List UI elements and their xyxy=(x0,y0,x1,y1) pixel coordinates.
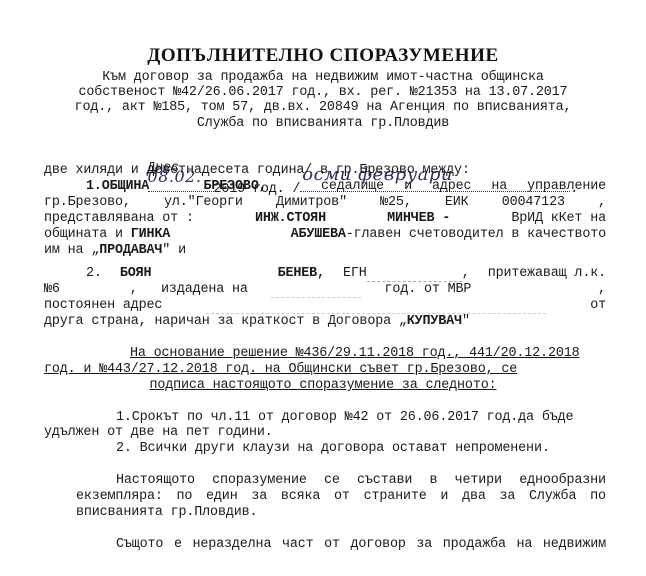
copies-line-2: екземпляра:поединзавсякаотстранитеидваза… xyxy=(76,489,606,504)
clause-2: 2. Всички други клаузи на договора остав… xyxy=(116,441,550,456)
rep1-role: ВрИД кКет на xyxy=(511,211,606,226)
document-title: ДОПЪЛНИТЕЛНО СПОРАЗУМЕНИЕ xyxy=(0,45,646,67)
subtitle-line-2: собственост №42/26.06.2017 год., вх. рег… xyxy=(0,85,646,100)
party1-line-2: гр.Брезово,ул."ГеоргиДимитров"№25,ЕИК000… xyxy=(44,195,606,210)
clause-1-line-2: удължен от две на пет години. xyxy=(44,425,273,440)
address-redacted xyxy=(206,298,546,314)
clause-1-line-1: 1.Срокът по чл.11 от договор №42 от 26.0… xyxy=(116,410,573,425)
rep1-first-name: ИНЖ.СТОЯН xyxy=(255,211,326,226)
party2-last-name: БЕНЕВ, xyxy=(278,266,325,282)
document-page: ДОПЪЛНИТЕЛНО СПОРАЗУМЕНИЕ Към договор за… xyxy=(0,0,646,576)
closing-line: Същотоенеразделначастотдоговорзапродажба… xyxy=(116,537,606,552)
copies-line-1: Настоящотоспоразумениесесъставивчетириед… xyxy=(116,473,606,488)
copies-line-3: вписванията гр.Пловдив. xyxy=(76,505,257,520)
party1-line-3: представлявана от : ИНЖ.СТОЯН МИНЧЕВ - В… xyxy=(44,211,606,226)
seller-role: ПРОДАВАЧ xyxy=(99,243,162,258)
rep2-last-name: АБУШЕВА xyxy=(291,227,346,242)
represented-by-label: представлявана от : xyxy=(44,211,194,226)
id-prefix: №6 xyxy=(44,282,60,297)
subtitle-line-4: Служба по вписванията гр.Пловдив xyxy=(0,116,646,131)
id-redacted xyxy=(60,282,130,297)
party1-line-5: им на „ПРОДАВАЧ" и xyxy=(44,243,186,258)
party2-line-2: №6 , издадена на год. от МВР , xyxy=(44,282,606,298)
egn-redacted xyxy=(367,266,462,282)
party1-line-1: 1.ОБЩИНА БРЕЗОВО, седалищеиадреснауправл… xyxy=(86,179,606,194)
id-label: притежаващ л.к. xyxy=(488,266,606,282)
address-end: от xyxy=(590,298,606,314)
party2-line-3: постоянен адрес от xyxy=(44,298,606,314)
party1-line-4: общината и ГИНКА АБУШЕВА-главен счетовод… xyxy=(44,227,606,242)
party2-number: 2. xyxy=(86,266,102,282)
buyer-role: КУПУВАЧ xyxy=(407,314,462,329)
party2-line-1: 2. БОЯН БЕНЕВ, ЕГН , притежаващ л.к. xyxy=(86,266,606,282)
egn-label: ЕГН xyxy=(343,266,367,281)
address-label: постоянен адрес xyxy=(44,298,162,314)
line4-start: общината и xyxy=(44,227,123,242)
basis-line-3: подписа настоящото споразумение за следн… xyxy=(0,378,646,393)
rep1-last-name: МИНЧЕВ - xyxy=(387,211,450,226)
party2-first-name: БОЯН xyxy=(120,266,152,282)
party1-line1-rest: седалищеиадреснауправление xyxy=(321,179,606,194)
subtitle-line-3: год., акт №185, том 57, дв.вх. 20849 на … xyxy=(0,100,646,115)
subtitle-line-1: Към договор за продажба на недвижим имот… xyxy=(0,70,646,85)
date-words-line: две хиляди и деветнадесета година/ в гр.… xyxy=(44,163,470,178)
party2-line-4: друга страна, наричан за краткост в Дого… xyxy=(44,314,470,329)
party1-name-a: 1.ОБЩИНА xyxy=(86,179,149,194)
basis-line-1: На основание решение №436/29.11.2018 год… xyxy=(130,346,580,361)
party1-name-b: БРЕЗОВО, xyxy=(204,179,267,194)
issued-label: издадена на xyxy=(161,282,248,298)
rep2-role: -главен счетоводител в качеството xyxy=(346,227,606,242)
year-label: год. от МВР xyxy=(385,282,472,298)
basis-line-2: год. и №443/27.12.2018 год. на Общински … xyxy=(44,362,517,377)
rep2-first-name: ГИНКА xyxy=(131,227,170,242)
issue-date-redacted xyxy=(271,282,361,298)
